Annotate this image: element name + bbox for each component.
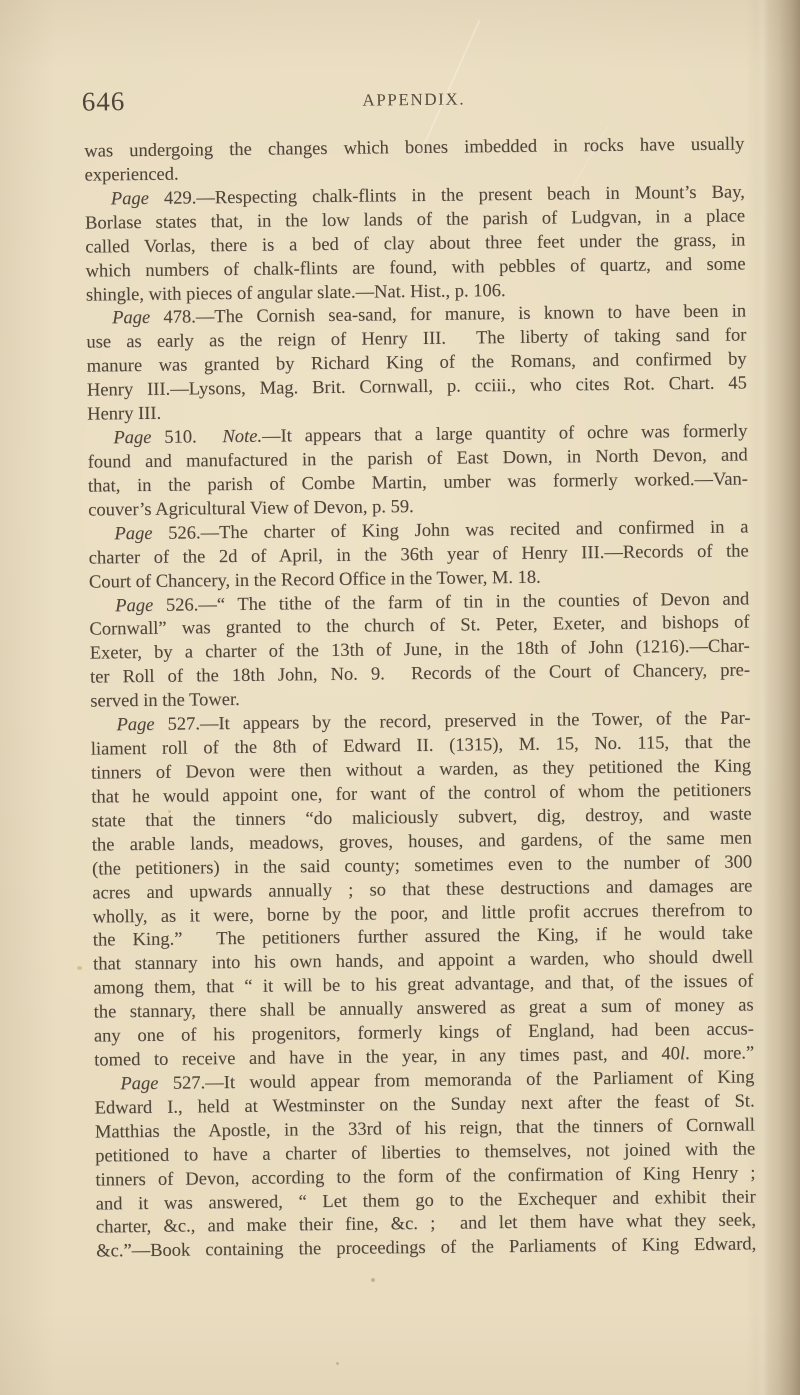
page-header: 646 APPENDIX. [84,82,745,140]
running-header: APPENDIX. [84,87,744,112]
paper-speck [336,1362,339,1365]
book-page: 646 APPENDIX. was undergoing the changes… [0,0,800,1395]
paper-speck [77,966,82,970]
appendix-body: was undergoing the changes which bones i… [84,133,756,1264]
paper-speck [371,1278,375,1282]
paper-speck [168,810,171,813]
printed-block: 646 APPENDIX. was undergoing the changes… [84,82,757,1264]
page-edge-shadow [746,0,800,1395]
